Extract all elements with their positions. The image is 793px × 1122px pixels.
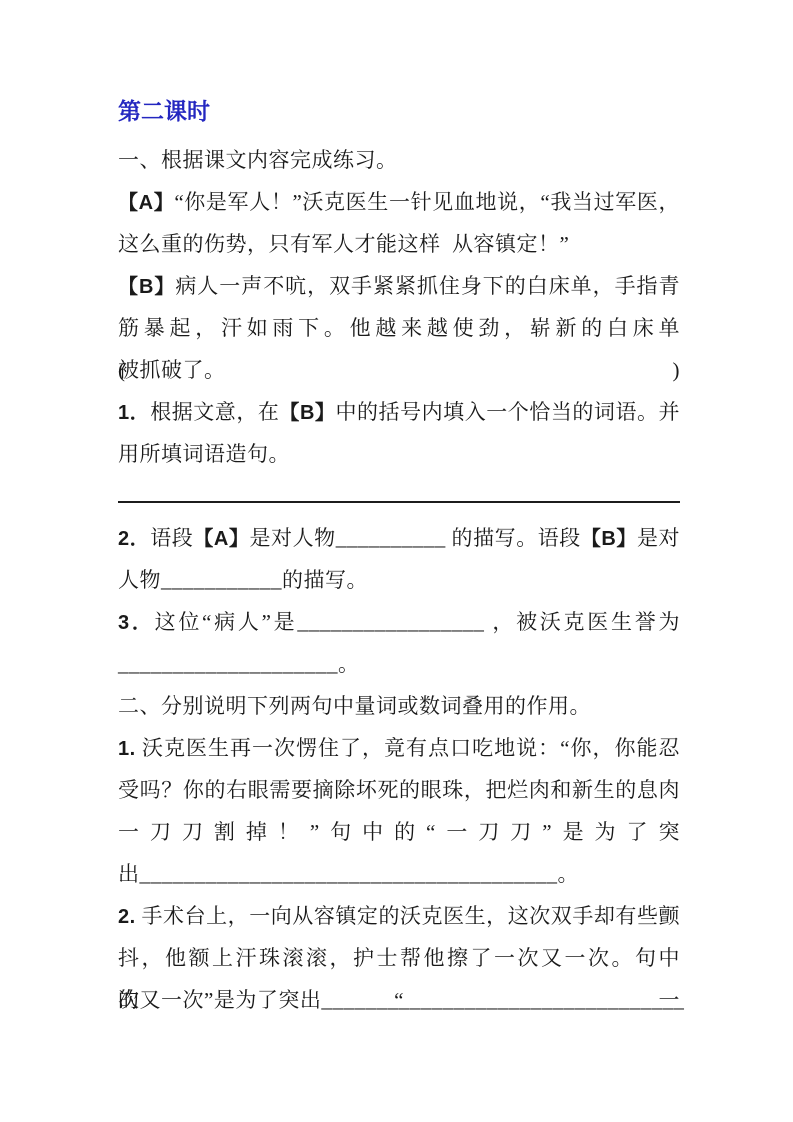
text-segment: 这位“病人”是 (155, 610, 298, 634)
text-segment: 1． (118, 402, 150, 424)
blank-segment: _________________ (297, 610, 484, 634)
text-segment: “你是军人！”沃克医生一针见血地说，“我当过军医， (174, 190, 680, 214)
text-segment: 手术台上，一向从容镇定的沃克医生，这次双手却有些颤 (136, 904, 680, 928)
document-body: 一、根据课文内容完成练习。【A】“你是军人！”沃克医生一针见血地说，“我当过军医… (118, 139, 680, 1021)
text-segment: 一、根据课文内容完成练习。 (118, 148, 398, 172)
text-segment: 出______________________________________。 (118, 862, 579, 886)
text-segment: 受吗？你的右眼需要摘除坏死的眼珠，把烂肉和新生的息肉 (118, 778, 680, 802)
text-segment: 根据文意，在 (150, 400, 279, 424)
text-segment: 是对 (637, 526, 680, 550)
text-segment: 病人一声不吭，双手紧紧抓住身下的白床单，手指青 (175, 274, 680, 298)
text-segment: 人物___________的描写。 (118, 568, 368, 592)
text-segment: 的描写。语段 (446, 526, 581, 550)
text-segment: 2． (118, 528, 150, 550)
text-segment: 中的括号内填入一个恰当的词语。并 (335, 400, 680, 424)
question-1-line-2: 用所填词语造句。 (118, 433, 680, 475)
text-segment: 二、分别说明下列两句中量词或数词叠用的作用。 (118, 694, 591, 718)
text-segment: 沃克医生再一次愣住了，竟有点口吃地说：“你，你能忍 (136, 736, 680, 760)
passage-a-line-1: 【A】“你是军人！”沃克医生一针见血地说，“我当过军医， (118, 181, 680, 223)
text-segment: 用所填词语造句。 (118, 442, 290, 466)
question-2-line-2: 人物___________的描写。 (118, 559, 680, 601)
text-segment: 【B】 (279, 402, 335, 424)
section-two-q1-line-2: 受吗？你的右眼需要摘除坏死的眼珠，把烂肉和新生的息肉 (118, 769, 680, 811)
section-two-q2-line-1: 2. 手术台上，一向从容镇定的沃克医生，这次双手却有些颤 (118, 895, 680, 937)
text-segment: 这么重的伤势，只有军人才能这样 从容镇定！” (118, 232, 569, 256)
answer-rule (118, 475, 680, 503)
passage-b-line-1: 【B】病人一声不吭，双手紧紧抓住身下的白床单，手指青 (118, 265, 680, 307)
question-1-answer-line (118, 475, 680, 517)
section-two-heading: 二、分别说明下列两句中量词或数词叠用的作用。 (118, 685, 680, 727)
section-two-q1-line-4: 出______________________________________。 (118, 853, 680, 895)
text-segment: 次又一次”是为了突出______________________________… (118, 988, 684, 1012)
text-segment: 一刀刀割掉！”句中的“一刀刀”是为了突 (118, 820, 680, 844)
text-segment: 语段 (150, 526, 193, 550)
question-3-line-1: 3．这位“病人”是_________________ ，被沃克医生誉为 (118, 601, 680, 643)
text-segment: 【B】 (581, 528, 637, 550)
text-segment: 【B】 (118, 276, 175, 298)
text-segment: 【A】 (118, 192, 174, 214)
section-two-q1-line-3: 一刀刀割掉！”句中的“一刀刀”是为了突 (118, 811, 680, 853)
text-segment: 3． (118, 612, 155, 634)
document-content: 第二课时 一、根据课文内容完成练习。【A】“你是军人！”沃克医生一针见血地说，“… (118, 99, 680, 1021)
page-title: 第二课时 (118, 99, 680, 125)
question-3-line-2: ____________________。 (118, 643, 680, 685)
text-segment: ，被沃克医生誉为 (484, 610, 680, 634)
section-two-q2-line-3: 次又一次”是为了突出______________________________… (118, 979, 680, 1021)
section-two-q1-line-1: 1. 沃克医生再一次愣住了，竟有点口吃地说：“你，你能忍 (118, 727, 680, 769)
text-segment: 2. (118, 906, 136, 928)
text-segment: 是对人物 (249, 526, 335, 550)
passage-a-line-2: 这么重的伤势，只有军人才能这样 从容镇定！” (118, 223, 680, 265)
document-page: 第二课时 一、根据课文内容完成练习。【A】“你是军人！”沃克医生一针见血地说，“… (0, 0, 793, 1122)
section-two-q2-line-2: 抖，他额上汗珠滚滚，护士帮他擦了一次又一次。句中的“一 (118, 937, 680, 979)
text-segment: 1. (118, 738, 136, 760)
blank-segment: ____________________。 (118, 652, 360, 676)
question-1-line-1: 1．根据文意，在【B】中的括号内填入一个恰当的词语。并 (118, 391, 680, 433)
passage-b-line-2: 筋暴起，汗如雨下。他越来越使劲，崭新的白床单( ) (118, 307, 680, 349)
section-one-heading: 一、根据课文内容完成练习。 (118, 139, 680, 181)
blank-segment: __________ (336, 526, 446, 550)
text-segment: 被抓破了。 (118, 358, 226, 382)
text-segment: 【A】 (193, 528, 249, 550)
question-2-line-1: 2．语段【A】是对人物__________ 的描写。语段【B】是对 (118, 517, 680, 559)
